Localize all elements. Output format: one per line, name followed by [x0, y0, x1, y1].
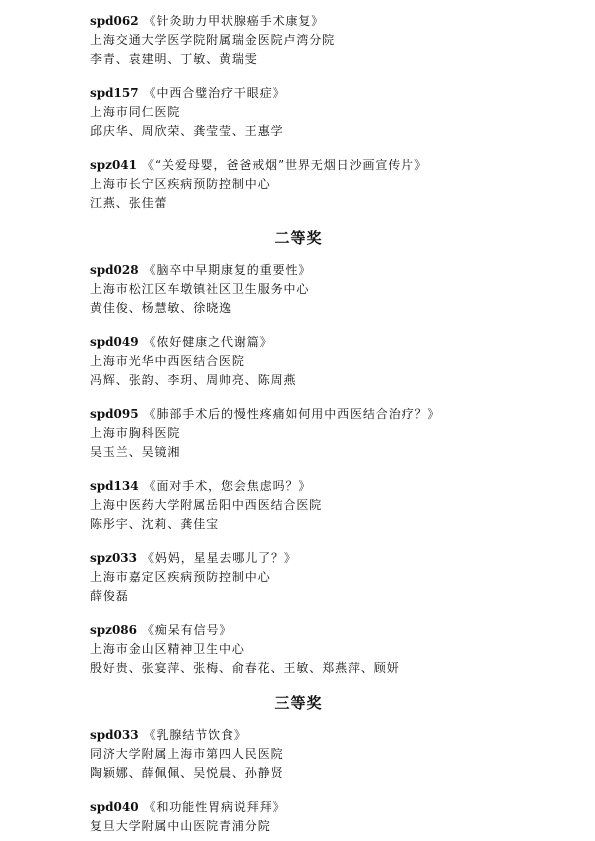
award-entry: spz086《痴呆有信号》上海市金山区精神卫生中心殷好贵、张宴萍、张梅、俞春花、… [90, 621, 507, 678]
award-entry: spd157《中西合璧治疗干眼症》上海市同仁医院邱庆华、周欣荣、龚莹莹、王惠学 [90, 84, 507, 141]
entry-title: 《“关爱母婴，爸爸戒烟”世界无烟日沙画宣传片》 [142, 158, 427, 172]
document-content: spd062《针灸助力甲状腺癌手术康复》上海交通大学医学院附属瑞金医院卢湾分院李… [90, 12, 507, 836]
entry-code: spd157 [90, 86, 139, 100]
award-entry: spd049《侬好健康之代谢篇》上海市光华中西医结合医院冯辉、张韵、李玥、周帅亮… [90, 333, 507, 390]
entry-code: spd040 [90, 800, 139, 814]
entry-authors: 黄佳俊、杨慧敏、徐晓逸 [90, 299, 507, 318]
entry-code: spd062 [90, 14, 139, 28]
entry-organization: 上海市松江区车墩镇社区卫生服务中心 [90, 280, 507, 299]
entry-organization: 上海市长宁区疾病预防控制中心 [90, 175, 507, 194]
award-entry: spd134《面对手术，您会焦虑吗？》上海中医药大学附属岳阳中西医结合医院陈彤宇… [90, 477, 507, 534]
entry-authors: 陶颖娜、薛佩佩、吴悦晨、孙静贤 [90, 764, 507, 783]
entry-organization: 上海中医药大学附属岳阳中西医结合医院 [90, 496, 507, 515]
entry-authors: 邱庆华、周欣荣、龚莹莹、王惠学 [90, 122, 507, 141]
entry-title-line: spd049《侬好健康之代谢篇》 [90, 333, 507, 352]
entry-title: 《痴呆有信号》 [142, 623, 232, 637]
entry-title: 《中西合璧治疗干眼症》 [144, 86, 286, 100]
entry-authors: 殷好贵、张宴萍、张梅、俞春花、王敏、郑燕萍、顾妍 [90, 659, 507, 678]
entry-title-line: spd028《脑卒中早期康复的重要性》 [90, 261, 507, 280]
award-entry: spd095《肺部手术后的慢性疼痛如何用中西医结合治疗？》上海市胸科医院吴玉兰、… [90, 405, 507, 462]
entry-authors: 吴玉兰、吴镜湘 [90, 443, 507, 462]
entry-title: 《脑卒中早期康复的重要性》 [144, 263, 312, 277]
entry-code: spd095 [90, 407, 139, 421]
entry-title-line: spd033《乳腺结节饮食》 [90, 726, 507, 745]
entry-code: spd049 [90, 335, 139, 349]
entry-title-line: spd062《针灸助力甲状腺癌手术康复》 [90, 12, 507, 31]
entry-organization: 上海市胸科医院 [90, 424, 507, 443]
award-entry: spd028《脑卒中早期康复的重要性》上海市松江区车墩镇社区卫生服务中心黄佳俊、… [90, 261, 507, 318]
entry-title-line: spz033《妈妈，星星去哪儿了？》 [90, 549, 507, 568]
entry-organization: 上海市光华中西医结合医院 [90, 352, 507, 371]
entry-title: 《面对手术，您会焦虑吗？》 [144, 479, 312, 493]
entry-authors: 李青、袁建明、丁敏、黄瑞雯 [90, 50, 507, 69]
entry-organization: 上海市同仁医院 [90, 103, 507, 122]
award-entry: spd040《和功能性胃病说拜拜》复旦大学附属中山医院青浦分院 [90, 798, 507, 836]
entry-organization: 同济大学附属上海市第四人民医院 [90, 745, 507, 764]
entry-organization: 复旦大学附属中山医院青浦分院 [90, 817, 507, 836]
entry-title-line: spd040《和功能性胃病说拜拜》 [90, 798, 507, 817]
section-heading: 二等奖 [90, 228, 507, 249]
entry-organization: 上海交通大学医学院附属瑞金医院卢湾分院 [90, 31, 507, 50]
entry-title-line: spz086《痴呆有信号》 [90, 621, 507, 640]
entry-title-line: spd157《中西合璧治疗干眼症》 [90, 84, 507, 103]
entry-authors: 薛俊磊 [90, 587, 507, 606]
entry-title-line: spz041《“关爱母婴，爸爸戒烟”世界无烟日沙画宣传片》 [90, 156, 507, 175]
entry-code: spz041 [90, 158, 137, 172]
entry-title: 《和功能性胃病说拜拜》 [144, 800, 286, 814]
award-entry: spz033《妈妈，星星去哪儿了？》上海市嘉定区疾病预防控制中心薛俊磊 [90, 549, 507, 606]
entry-title: 《针灸助力甲状腺癌手术康复》 [144, 14, 325, 28]
section-heading: 三等奖 [90, 693, 507, 714]
award-entry: spd062《针灸助力甲状腺癌手术康复》上海交通大学医学院附属瑞金医院卢湾分院李… [90, 12, 507, 69]
entry-title: 《肺部手术后的慢性疼痛如何用中西医结合治疗？》 [144, 407, 441, 421]
entry-organization: 上海市嘉定区疾病预防控制中心 [90, 568, 507, 587]
entry-code: spd134 [90, 479, 139, 493]
award-entry: spd033《乳腺结节饮食》同济大学附属上海市第四人民医院陶颖娜、薛佩佩、吴悦晨… [90, 726, 507, 783]
award-entry: spz041《“关爱母婴，爸爸戒烟”世界无烟日沙画宣传片》上海市长宁区疾病预防控… [90, 156, 507, 213]
entry-code: spd028 [90, 263, 139, 277]
entry-title: 《侬好健康之代谢篇》 [144, 335, 273, 349]
entry-code: spd033 [90, 728, 139, 742]
entry-code: spz086 [90, 623, 137, 637]
entry-title: 《乳腺结节饮食》 [144, 728, 247, 742]
document-page: spd062《针灸助力甲状腺癌手术康复》上海交通大学医学院附属瑞金医院卢湾分院李… [0, 0, 595, 841]
entry-organization: 上海市金山区精神卫生中心 [90, 640, 507, 659]
entry-title-line: spd134《面对手术，您会焦虑吗？》 [90, 477, 507, 496]
entry-code: spz033 [90, 551, 137, 565]
entry-authors: 江燕、张佳蕾 [90, 194, 507, 213]
entry-title: 《妈妈，星星去哪儿了？》 [142, 551, 297, 565]
entry-title-line: spd095《肺部手术后的慢性疼痛如何用中西医结合治疗？》 [90, 405, 507, 424]
entry-authors: 冯辉、张韵、李玥、周帅亮、陈周燕 [90, 371, 507, 390]
entry-authors: 陈彤宇、沈莉、龚佳宝 [90, 515, 507, 534]
